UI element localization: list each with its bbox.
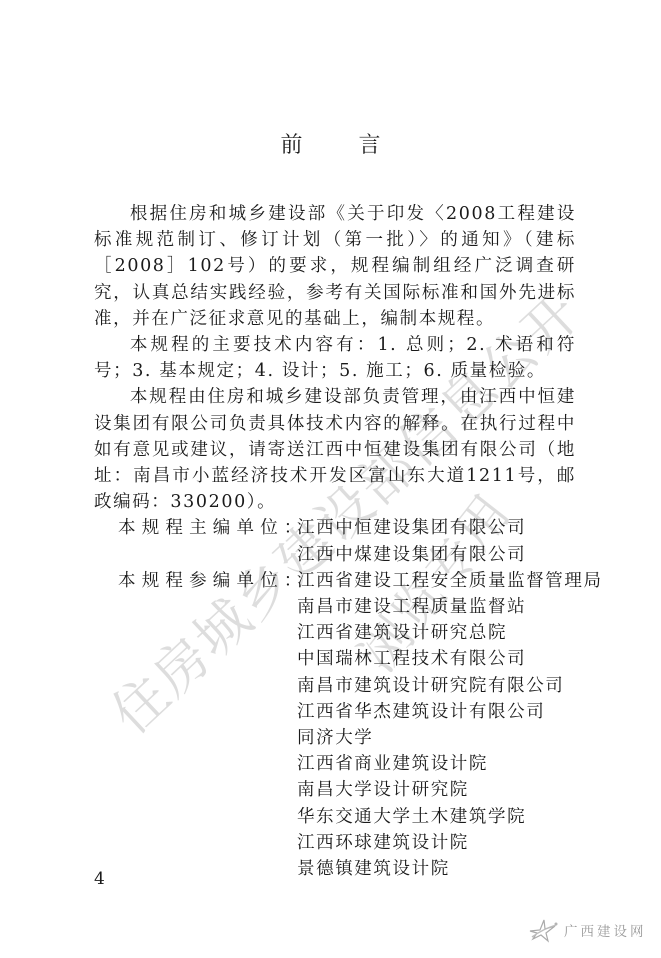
org-item: 南昌大学设计研究院	[297, 777, 603, 803]
editing-units: 本规程主编单位： 江西中恒建设集团有限公司 江西中煤建设集团有限公司 本规程参编…	[94, 515, 576, 882]
org-item: 江西省建筑设计研究总院	[297, 620, 603, 646]
chief-editor-label: 本规程主编单位：	[94, 515, 297, 567]
star-swoosh-icon	[528, 917, 558, 943]
chief-editor-units: 本规程主编单位： 江西中恒建设集团有限公司 江西中煤建设集团有限公司	[94, 515, 576, 567]
title-char-1: 前	[280, 131, 302, 161]
org-item: 同济大学	[297, 725, 603, 751]
org-item: 华东交通大学土木建筑学院	[297, 804, 603, 830]
logo-text: 广西建设网	[564, 920, 647, 940]
org-item: 中国瑞林工程技术有限公司	[297, 646, 603, 672]
preface-body: 根据住房和城乡建设部《关于印发〈2008工程建设标准规范制订、修订计划（第一批）…	[94, 201, 576, 882]
participating-editor-list: 江西省建设工程安全质量监督管理局 南昌市建设工程质量监督站 江西省建筑设计研究总…	[297, 568, 603, 882]
title-char-2: 言	[359, 131, 381, 161]
org-item: 江西省建设工程安全质量监督管理局	[297, 568, 603, 594]
participating-editor-label: 本规程参编单位：	[94, 568, 297, 882]
org-item: 南昌市建设工程质量监督站	[297, 594, 603, 620]
org-item: 江西中恒建设集团有限公司	[297, 515, 526, 541]
org-item: 江西省商业建筑设计院	[297, 751, 603, 777]
page-number: 4	[94, 867, 105, 891]
participating-editor-units: 本规程参编单位： 江西省建设工程安全质量监督管理局 南昌市建设工程质量监督站 江…	[94, 568, 576, 882]
site-logo[interactable]: 广西建设网	[528, 917, 647, 943]
org-item: 江西环球建筑设计院	[297, 830, 603, 856]
chief-editor-list: 江西中恒建设集团有限公司 江西中煤建设集团有限公司	[297, 515, 526, 567]
document-page: 住房城乡建设部信息公开 浏览专用 前言 根据住房和城乡建设部《关于印发〈2008…	[0, 0, 661, 958]
org-item: 景德镇建筑设计院	[297, 856, 603, 882]
org-item: 江西省华杰建筑设计有限公司	[297, 699, 603, 725]
org-item: 江西中煤建设集团有限公司	[297, 542, 526, 568]
paragraph-management: 本规程由住房和城乡建设部负责管理，由江西中恒建设集团有限公司负责具体技术内容的解…	[94, 384, 576, 515]
paragraph-basis: 根据住房和城乡建设部《关于印发〈2008工程建设标准规范制订、修订计划（第一批）…	[94, 201, 576, 332]
page-title: 前言	[0, 131, 661, 161]
paragraph-contents: 本规程的主要技术内容有：1. 总则；2. 术语和符号；3. 基本规定；4. 设计…	[94, 332, 576, 384]
org-item: 南昌市建筑设计研究院有限公司	[297, 673, 603, 699]
